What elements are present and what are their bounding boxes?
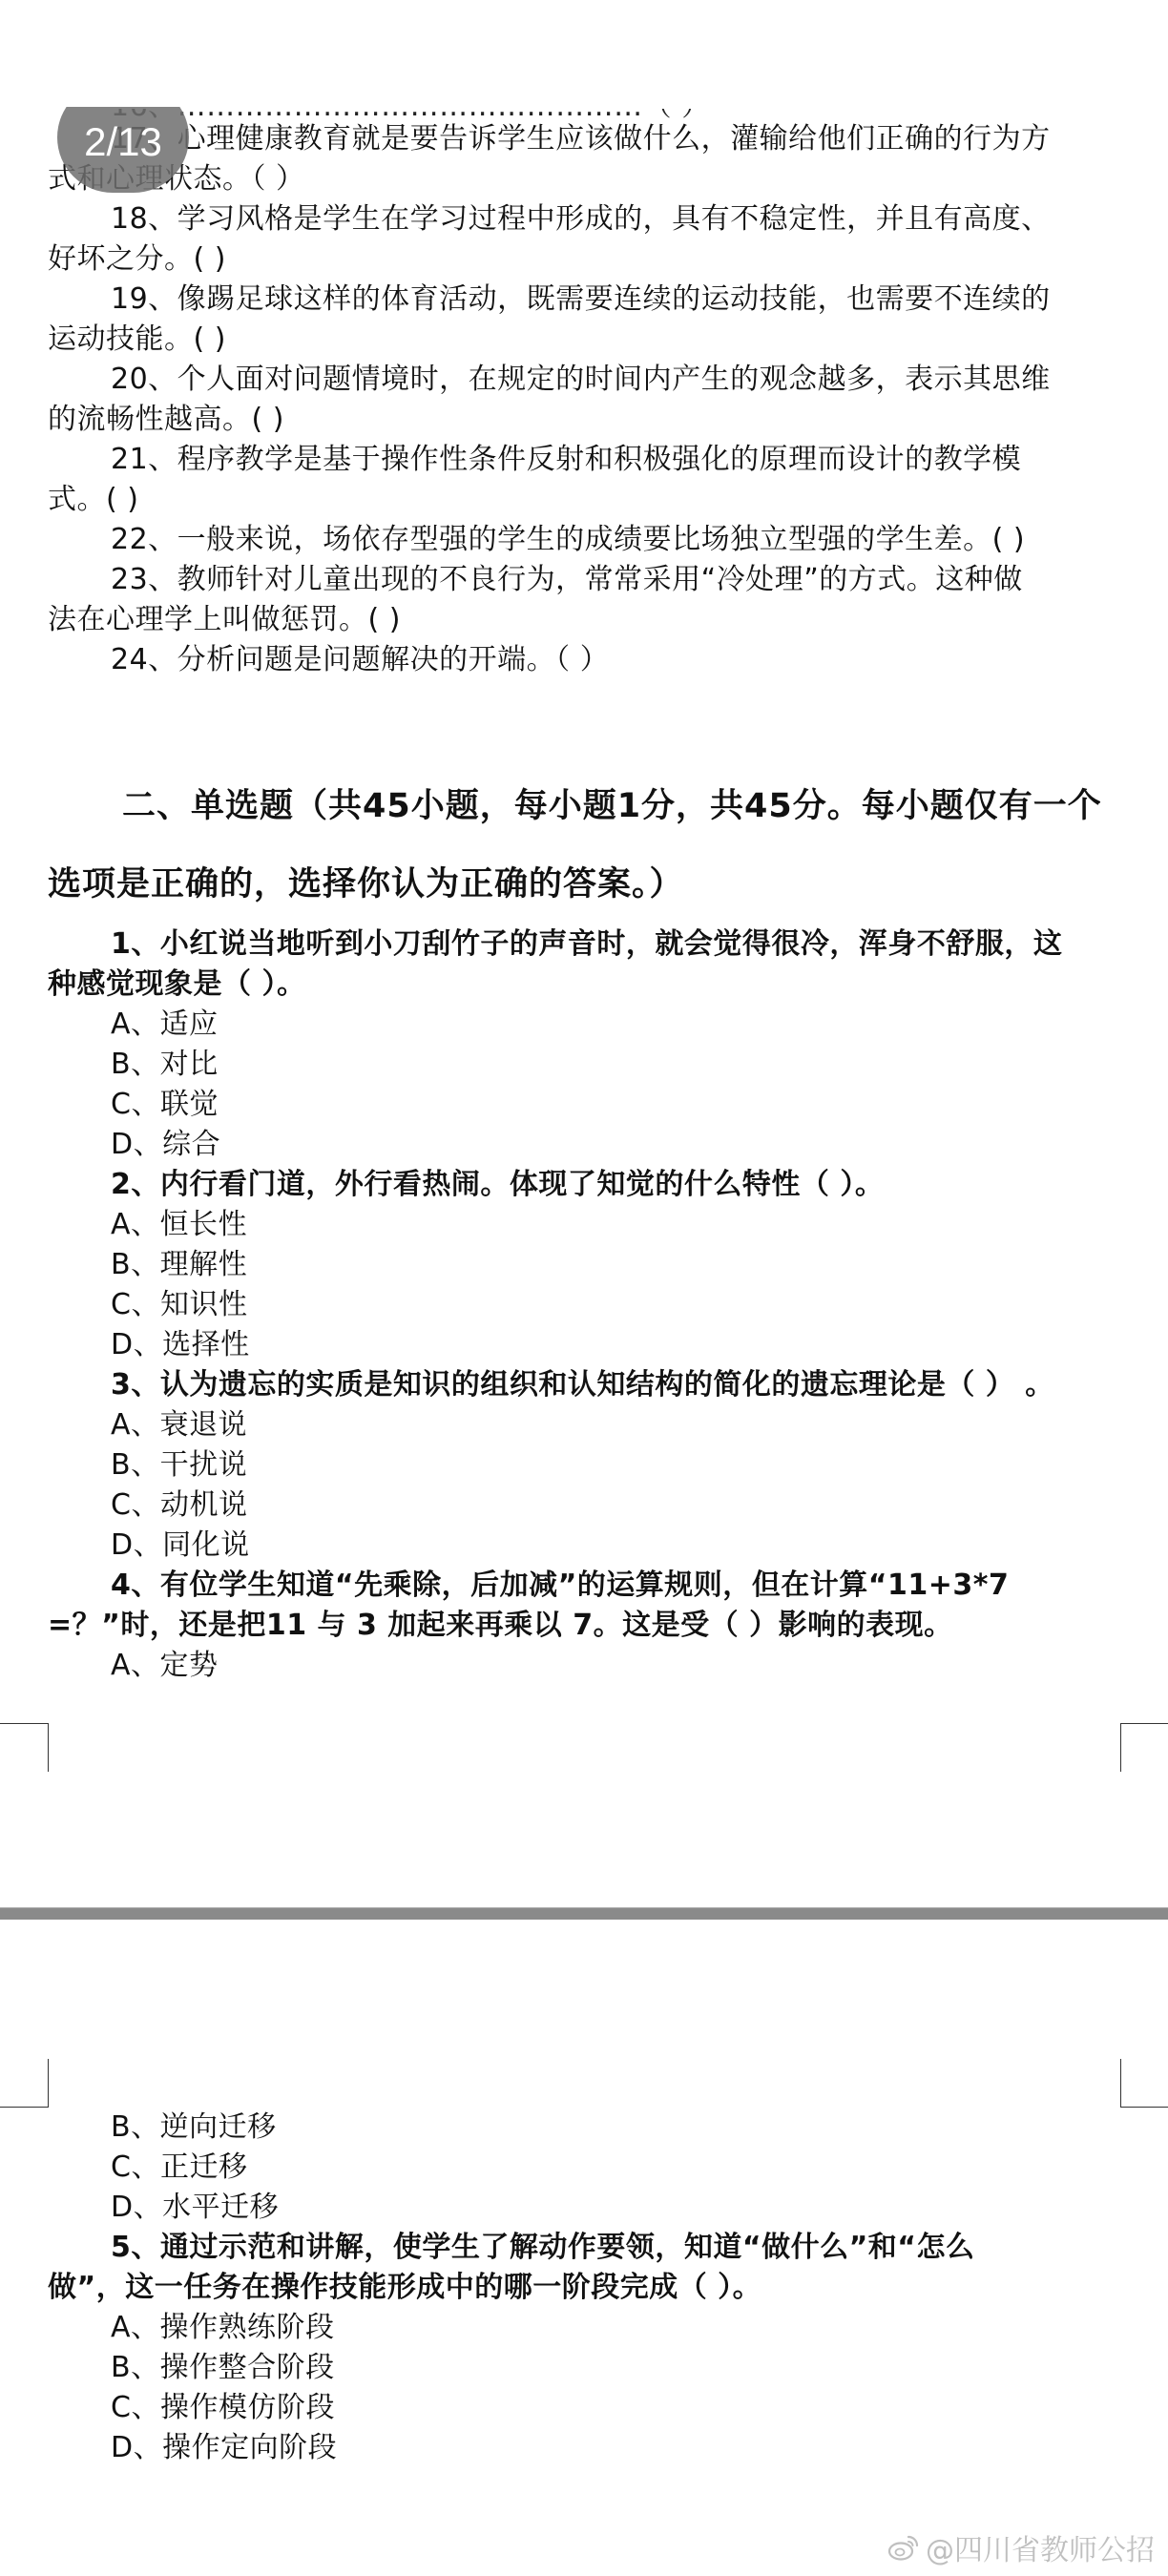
question-1-option-a: A、适应 <box>111 1008 219 1042</box>
question-5-line1: 5、通过示范和讲解，使学生了解动作要领，知道“做什么”和“怎么 <box>111 2231 975 2265</box>
question-4-option-c: C、正迁移 <box>111 2150 247 2185</box>
question-3-option-b: B、干扰说 <box>111 1448 247 1483</box>
tf-item-19-line1: 19、像踢足球这样的体育活动，既需要连续的运动技能，也需要不连续的 <box>111 282 1051 317</box>
question-4-line2: =？”时，还是把11 与 3 加起来再乘以 7。这是受（ ）影响的表现。 <box>48 1609 953 1643</box>
tf-item-21-line2: 式。( ) <box>48 483 138 517</box>
tf-item-20-line1: 20、个人面对问题情境时，在规定的时间内产生的观念越多，表示其思维 <box>111 363 1051 397</box>
crop-mark-bottom-right <box>1120 2059 1168 2108</box>
page-indicator-text: 2/13 <box>84 119 162 165</box>
crop-mark-top-left <box>0 1723 49 1772</box>
question-3-option-a: A、衰退说 <box>111 1408 247 1443</box>
watermark-text: @四川省教师公招 <box>926 2526 1155 2568</box>
question-5-option-d: D、操作定向阶段 <box>111 2431 337 2465</box>
question-3-option-d: D、同化说 <box>111 1528 250 1563</box>
tf-item-20-line2: 的流畅性越高。( ) <box>48 403 284 437</box>
document-page-2: 16、…………………………………………（ ） 17、心理健康教育就是要告诉学生应… <box>0 0 1168 1910</box>
question-1-line2: 种感觉现象是（ ）。 <box>48 967 305 1002</box>
section-heading-line2: 选项是正确的，选择你认为正确的答案。） <box>48 864 684 904</box>
question-4-option-b: B、逆向迁移 <box>111 2110 277 2145</box>
question-1-line1: 1、小红说当地听到小刀刮竹子的声音时，就会觉得很冷，浑身不舒服，这 <box>111 927 1062 962</box>
question-2-option-c: C、知识性 <box>111 1288 247 1322</box>
crop-mark-bottom-left <box>0 2059 49 2108</box>
tf-item-23-line2: 法在心理学上叫做惩罚。( ) <box>48 603 401 637</box>
top-blank-area <box>0 0 1168 107</box>
weibo-icon <box>887 2533 920 2562</box>
tf-item-19-line2: 运动技能。( ) <box>48 322 226 357</box>
section-heading-line1: 二、单选题（共45小题，每小题1分，共45分。每小题仅有一个 <box>122 786 1102 826</box>
question-2-option-a: A、恒长性 <box>111 1208 247 1242</box>
question-4-option-a: A、定势 <box>111 1649 219 1683</box>
question-4-line1: 4、有位学生知道“先乘除，后加减”的运算规则，但在计算“11+3*7 <box>111 1568 1009 1603</box>
question-3-line1: 3、认为遗忘的实质是知识的组织和认知结构的简化的遗忘理论是（ ） 。 <box>111 1368 1054 1402</box>
tf-item-21-line1: 21、程序教学是基于操作性条件反射和积极强化的原理而设计的教学模 <box>111 443 1021 477</box>
question-3-option-c: C、动机说 <box>111 1488 247 1523</box>
tf-item-24-line1: 24、分析问题是问题解决的开端。（ ） <box>111 643 609 677</box>
document-page-3: B、逆向迁移 C、正迁移 D、水平迁移 5、通过示范和讲解，使学生了解动作要领，… <box>0 1920 1168 2576</box>
tf-item-18-line1: 18、学习风格是学生在学习过程中形成的，具有不稳定性，并且有高度、 <box>111 202 1051 237</box>
crop-mark-top-right <box>1120 1723 1168 1772</box>
tf-item-18-line2: 好坏之分。( ) <box>48 242 226 277</box>
question-2-line1: 2、内行看门道，外行看热闹。体现了知觉的什么特性（ ）。 <box>111 1168 884 1202</box>
watermark: @四川省教师公招 <box>887 2526 1155 2568</box>
question-1-option-d: D、综合 <box>111 1128 220 1162</box>
question-2-option-b: B、理解性 <box>111 1248 247 1282</box>
question-1-option-c: C、联觉 <box>111 1088 219 1122</box>
tf-item-22-line1: 22、一般来说，场依存型强的学生的成绩要比场独立型强的学生差。( ) <box>111 523 1025 557</box>
question-5-line2: 做”，这一任务在操作技能形成中的哪一阶段完成（ ）。 <box>48 2271 761 2305</box>
question-5-option-c: C、操作模仿阶段 <box>111 2391 335 2425</box>
tf-item-23-line1: 23、教师针对儿童出现的不良行为，常常采用“冷处理”的方式。这种做 <box>111 563 1023 597</box>
question-5-option-a: A、操作熟练阶段 <box>111 2311 335 2345</box>
question-2-option-d: D、选择性 <box>111 1328 250 1362</box>
question-4-option-d: D、水平迁移 <box>111 2191 279 2225</box>
question-1-option-b: B、对比 <box>111 1048 219 1082</box>
tf-item-17-line1: 17、心理健康教育就是要告诉学生应该做什么，灌输给他们正确的行为方 <box>111 122 1051 156</box>
question-5-option-b: B、操作整合阶段 <box>111 2351 335 2385</box>
